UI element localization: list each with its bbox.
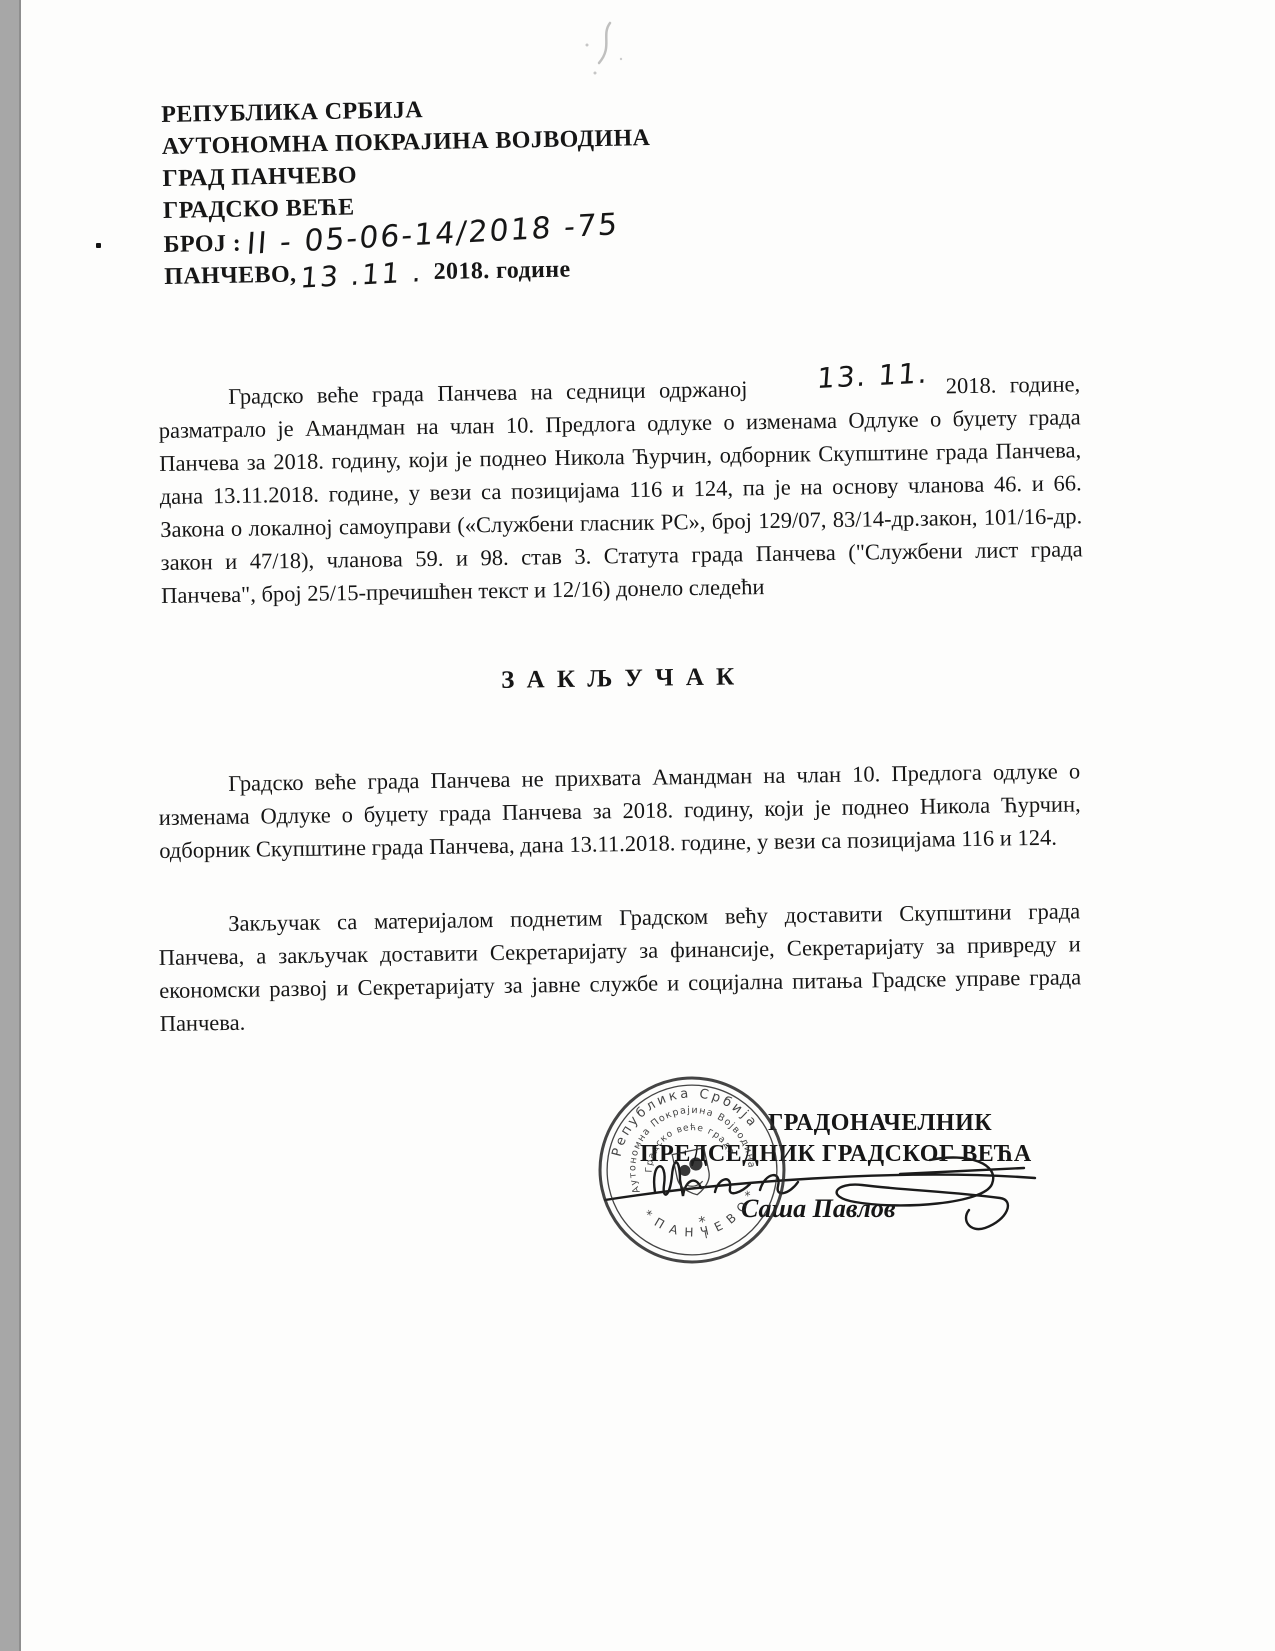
doc-place-label: ПАНЧЕВО, [164, 262, 297, 290]
intro-text-before-date: Градско веће града Панчева на седници од… [228, 376, 748, 409]
document-title: З А К Љ У Ч А К [158, 658, 1080, 700]
scan-edge-strip [0, 0, 21, 1651]
official-stamp: Република Србија Аутономна Покрајина Вој… [578, 1056, 806, 1284]
doc-number-label: БРОЈ : [163, 231, 241, 258]
doc-date-handwritten: 13 .11 . [299, 256, 424, 295]
scan-artifact-mark [565, 15, 645, 85]
signature-title-mayor: ГРАДОНАЧЕЛНИК [768, 1110, 992, 1137]
paragraph-delivery: Закључак са материјалом поднетим Градско… [158, 894, 1082, 1040]
paragraph-decision: Градско веће града Панчева не прихвата А… [158, 754, 1081, 867]
intro-date-handwritten: 13. 11. [747, 373, 929, 382]
scanned-document-page: РЕПУБЛИКА СРБИЈА АУТОНОМНА ПОКРАЈИНА ВОЈ… [0, 0, 1275, 1651]
paragraph-intro: Градско веће града Панчева на седници од… [158, 367, 1083, 612]
doc-date-year: 2018. године [433, 257, 570, 286]
scan-speck [96, 243, 101, 248]
letterhead: РЕПУБЛИКА СРБИЈА АУТОНОМНА ПОКРАЈИНА ВОЈ… [161, 90, 653, 291]
